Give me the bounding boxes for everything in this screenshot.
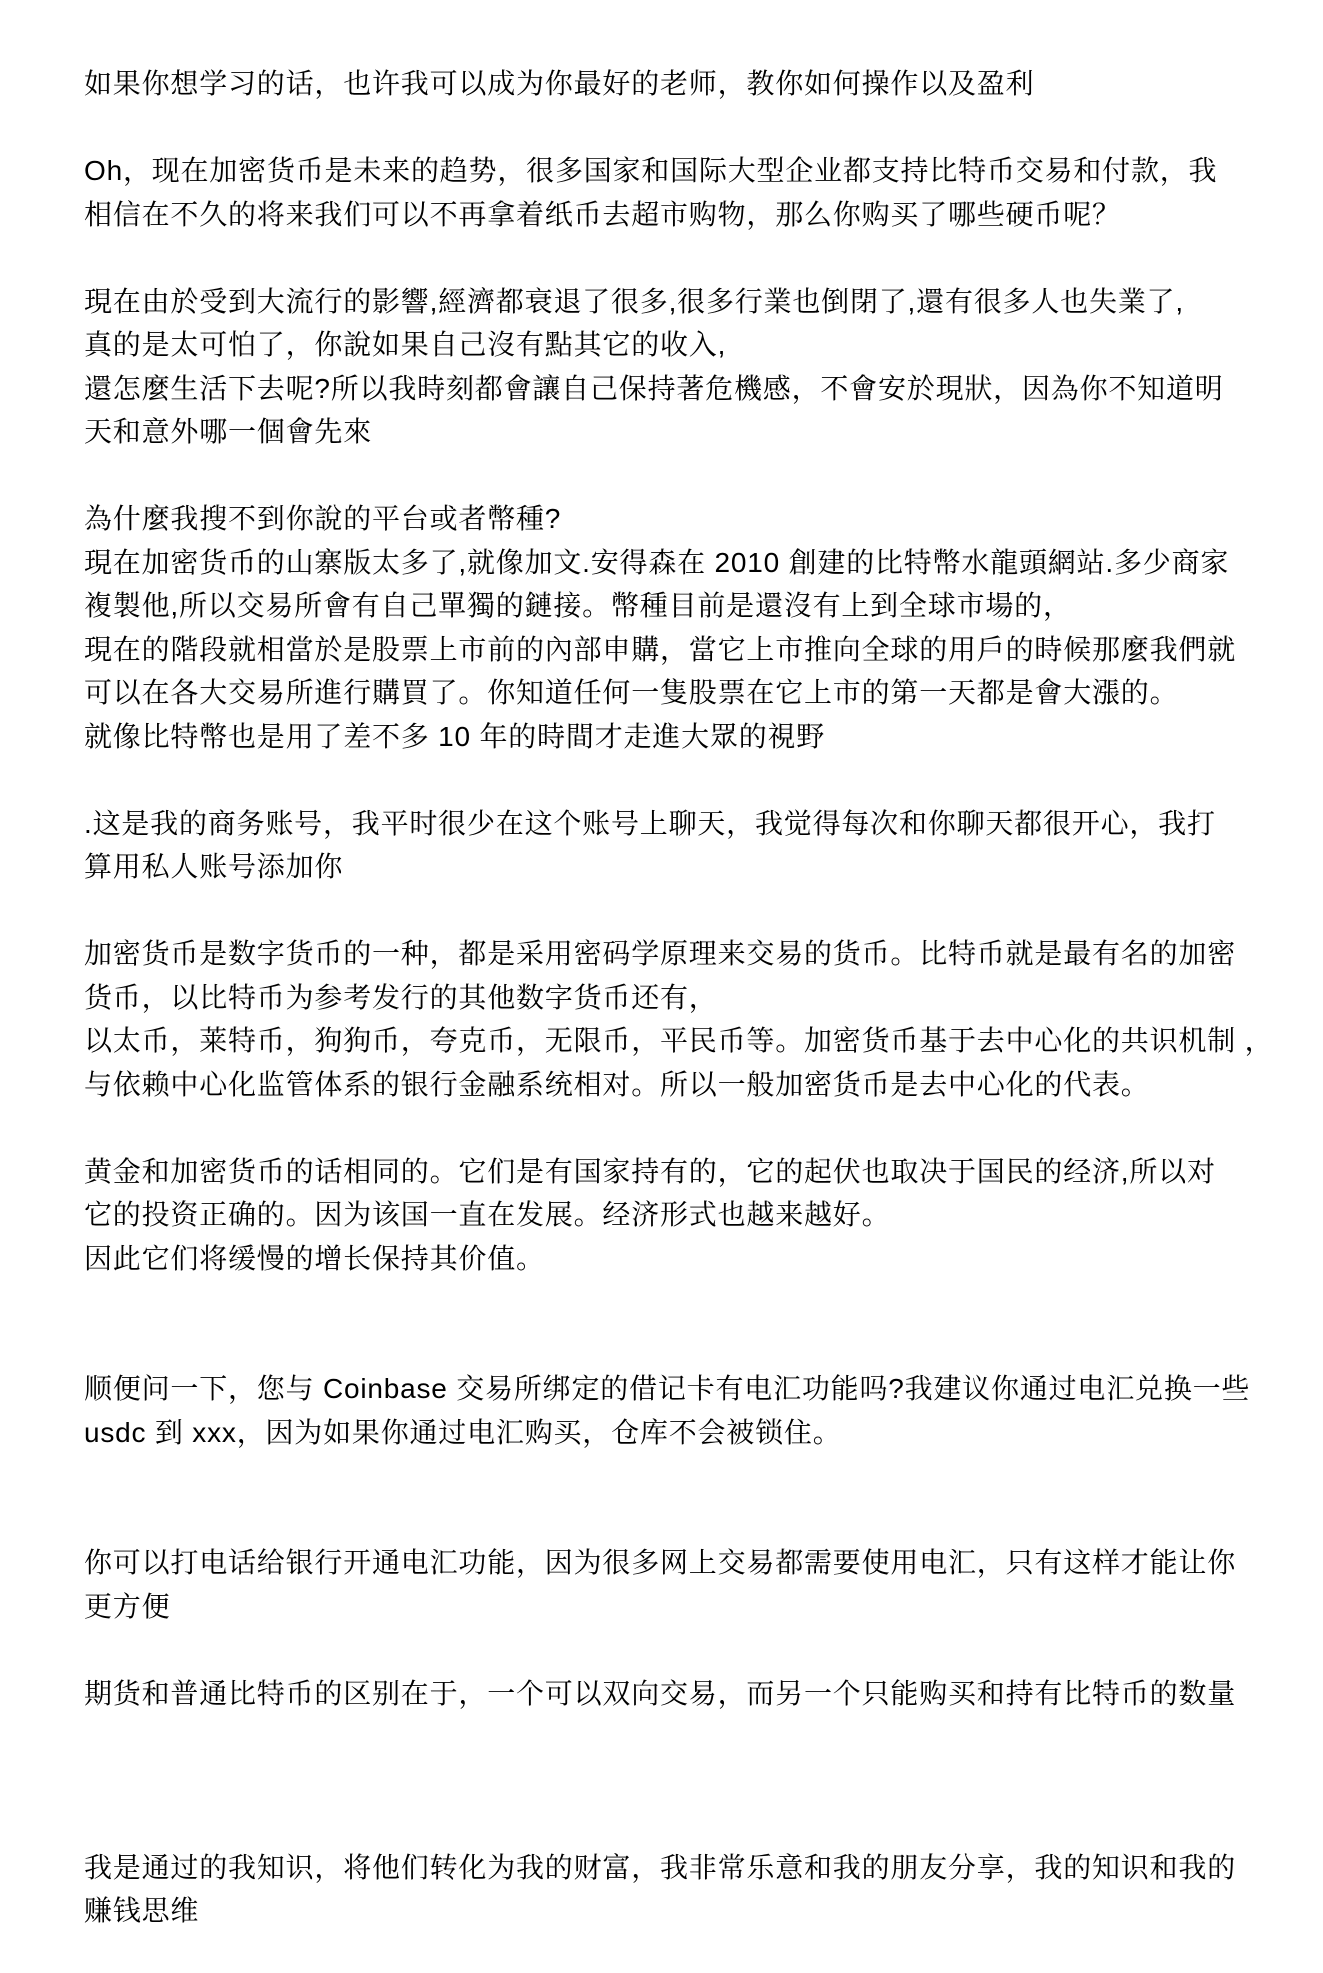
text-line: 現在由於受到大流行的影響,經濟都衰退了很多,很多行業也倒閉了,還有很多人也失業了… (84, 280, 1263, 324)
text-line: Oh，现在加密货币是未来的趋势，很多国家和国际大型企业都支持比特币交易和付款，我 (84, 149, 1263, 193)
text-line: 加密货币是数字货币的一种，都是采用密码学原理来交易的货币。比特币就是最有名的加密 (84, 932, 1263, 976)
text-line: 与依赖中心化监管体系的银行金融系统相对。所以一般加密货币是去中心化的代表。 (84, 1063, 1263, 1107)
document-page: 如果你想学习的话，也许我可以成为你最好的老师，教你如何操作以及盈利Oh，现在加密… (0, 0, 1323, 1973)
text-line: 更方便 (84, 1585, 1263, 1629)
text-line: 它的投资正确的。因为该国一直在发展。经济形式也越来越好。 (84, 1193, 1263, 1237)
text-line: 還怎麼生活下去呢?所以我時刻都會讓自己保持著危機感，不會安於現狀，因為你不知道明 (84, 367, 1263, 411)
text-line: 可以在各大交易所進行購買了。你知道任何一隻股票在它上市的第一天都是會大漲的。 (84, 671, 1263, 715)
paragraph: .这是我的商务账号，我平时很少在这个账号上聊天，我觉得每次和你聊天都很开心，我打… (84, 802, 1263, 889)
text-line: 你可以打电话给银行开通电汇功能，因为很多网上交易都需要使用电汇，只有这样才能让你 (84, 1541, 1263, 1585)
text-line: 現在的階段就相當於是股票上市前的內部申購，當它上市推向全球的用戶的時候那麼我們就 (84, 628, 1263, 672)
text-line: 顺便问一下，您与 Coinbase 交易所绑定的借记卡有电汇功能吗?我建议你通过… (84, 1367, 1263, 1411)
text-line: 算用私人账号添加你 (84, 845, 1263, 889)
paragraph: 黄金和加密货币的话相同的。它们是有国家持有的，它的起伏也取决于国民的经济,所以对… (84, 1150, 1263, 1281)
paragraph: 我是通过的我知识，将他们转化为我的财富，我非常乐意和我的朋友分享，我的知识和我的… (84, 1846, 1263, 1933)
text-line: usdc 到 xxx，因为如果你通过电汇购买，仓库不会被锁住。 (84, 1411, 1263, 1455)
text-line: 赚钱思维 (84, 1889, 1263, 1933)
text-line: 天和意外哪一個會先來 (84, 410, 1263, 454)
text-line: 货币，以比特币为参考发行的其他数字货币还有， (84, 976, 1263, 1020)
text-line: 就像比特幣也是用了差不多 10 年的時間才走進大眾的視野 (84, 715, 1263, 759)
text-line: 真的是太可怕了，你說如果自己沒有點其它的收入, (84, 323, 1263, 367)
text-line: 我是通过的我知识，将他们转化为我的财富，我非常乐意和我的朋友分享，我的知识和我的 (84, 1846, 1263, 1890)
text-line: 因此它们将缓慢的增长保持其价值。 (84, 1237, 1263, 1281)
text-line: .这是我的商务账号，我平时很少在这个账号上聊天，我觉得每次和你聊天都很开心，我打 (84, 802, 1263, 846)
paragraph: 顺便问一下，您与 Coinbase 交易所绑定的借记卡有电汇功能吗?我建议你通过… (84, 1367, 1263, 1454)
document-body: 如果你想学习的话，也许我可以成为你最好的老师，教你如何操作以及盈利Oh，现在加密… (84, 62, 1263, 1933)
paragraph: 為什麼我搜不到你說的平台或者幣種?現在加密货币的山寨版太多了,就像加文.安得森在… (84, 497, 1263, 758)
paragraph: Oh，现在加密货币是未来的趋势，很多国家和国际大型企业都支持比特币交易和付款，我… (84, 149, 1263, 236)
text-line: 期货和普通比特币的区别在于，一个可以双向交易，而另一个只能购买和持有比特币的数量 (84, 1672, 1263, 1716)
text-line: 黄金和加密货币的话相同的。它们是有国家持有的，它的起伏也取决于国民的经济,所以对 (84, 1150, 1263, 1194)
paragraph: 你可以打电话给银行开通电汇功能，因为很多网上交易都需要使用电汇，只有这样才能让你… (84, 1541, 1263, 1628)
paragraph: 現在由於受到大流行的影響,經濟都衰退了很多,很多行業也倒閉了,還有很多人也失業了… (84, 280, 1263, 454)
text-line: 為什麼我搜不到你說的平台或者幣種? (84, 497, 1263, 541)
paragraph: 期货和普通比特币的区别在于，一个可以双向交易，而另一个只能购买和持有比特币的数量 (84, 1672, 1263, 1716)
text-line: 複製他,所以交易所會有自己單獨的鏈接。幣種目前是還沒有上到全球市場的， (84, 584, 1263, 628)
text-line: 如果你想学习的话，也许我可以成为你最好的老师，教你如何操作以及盈利 (84, 62, 1263, 106)
paragraph: 加密货币是数字货币的一种，都是采用密码学原理来交易的货币。比特币就是最有名的加密… (84, 932, 1263, 1106)
text-line: 相信在不久的将来我们可以不再拿着纸币去超市购物，那么你购买了哪些硬币呢？ (84, 193, 1263, 237)
text-line: 以太币，莱特币，狗狗币，夸克币，无限币，平民币等。加密货币基于去中心化的共识机制… (84, 1019, 1263, 1063)
paragraph: 如果你想学习的话，也许我可以成为你最好的老师，教你如何操作以及盈利 (84, 62, 1263, 106)
text-line: 現在加密货币的山寨版太多了,就像加文.安得森在 2010 創建的比特幣水龍頭網站… (84, 541, 1263, 585)
